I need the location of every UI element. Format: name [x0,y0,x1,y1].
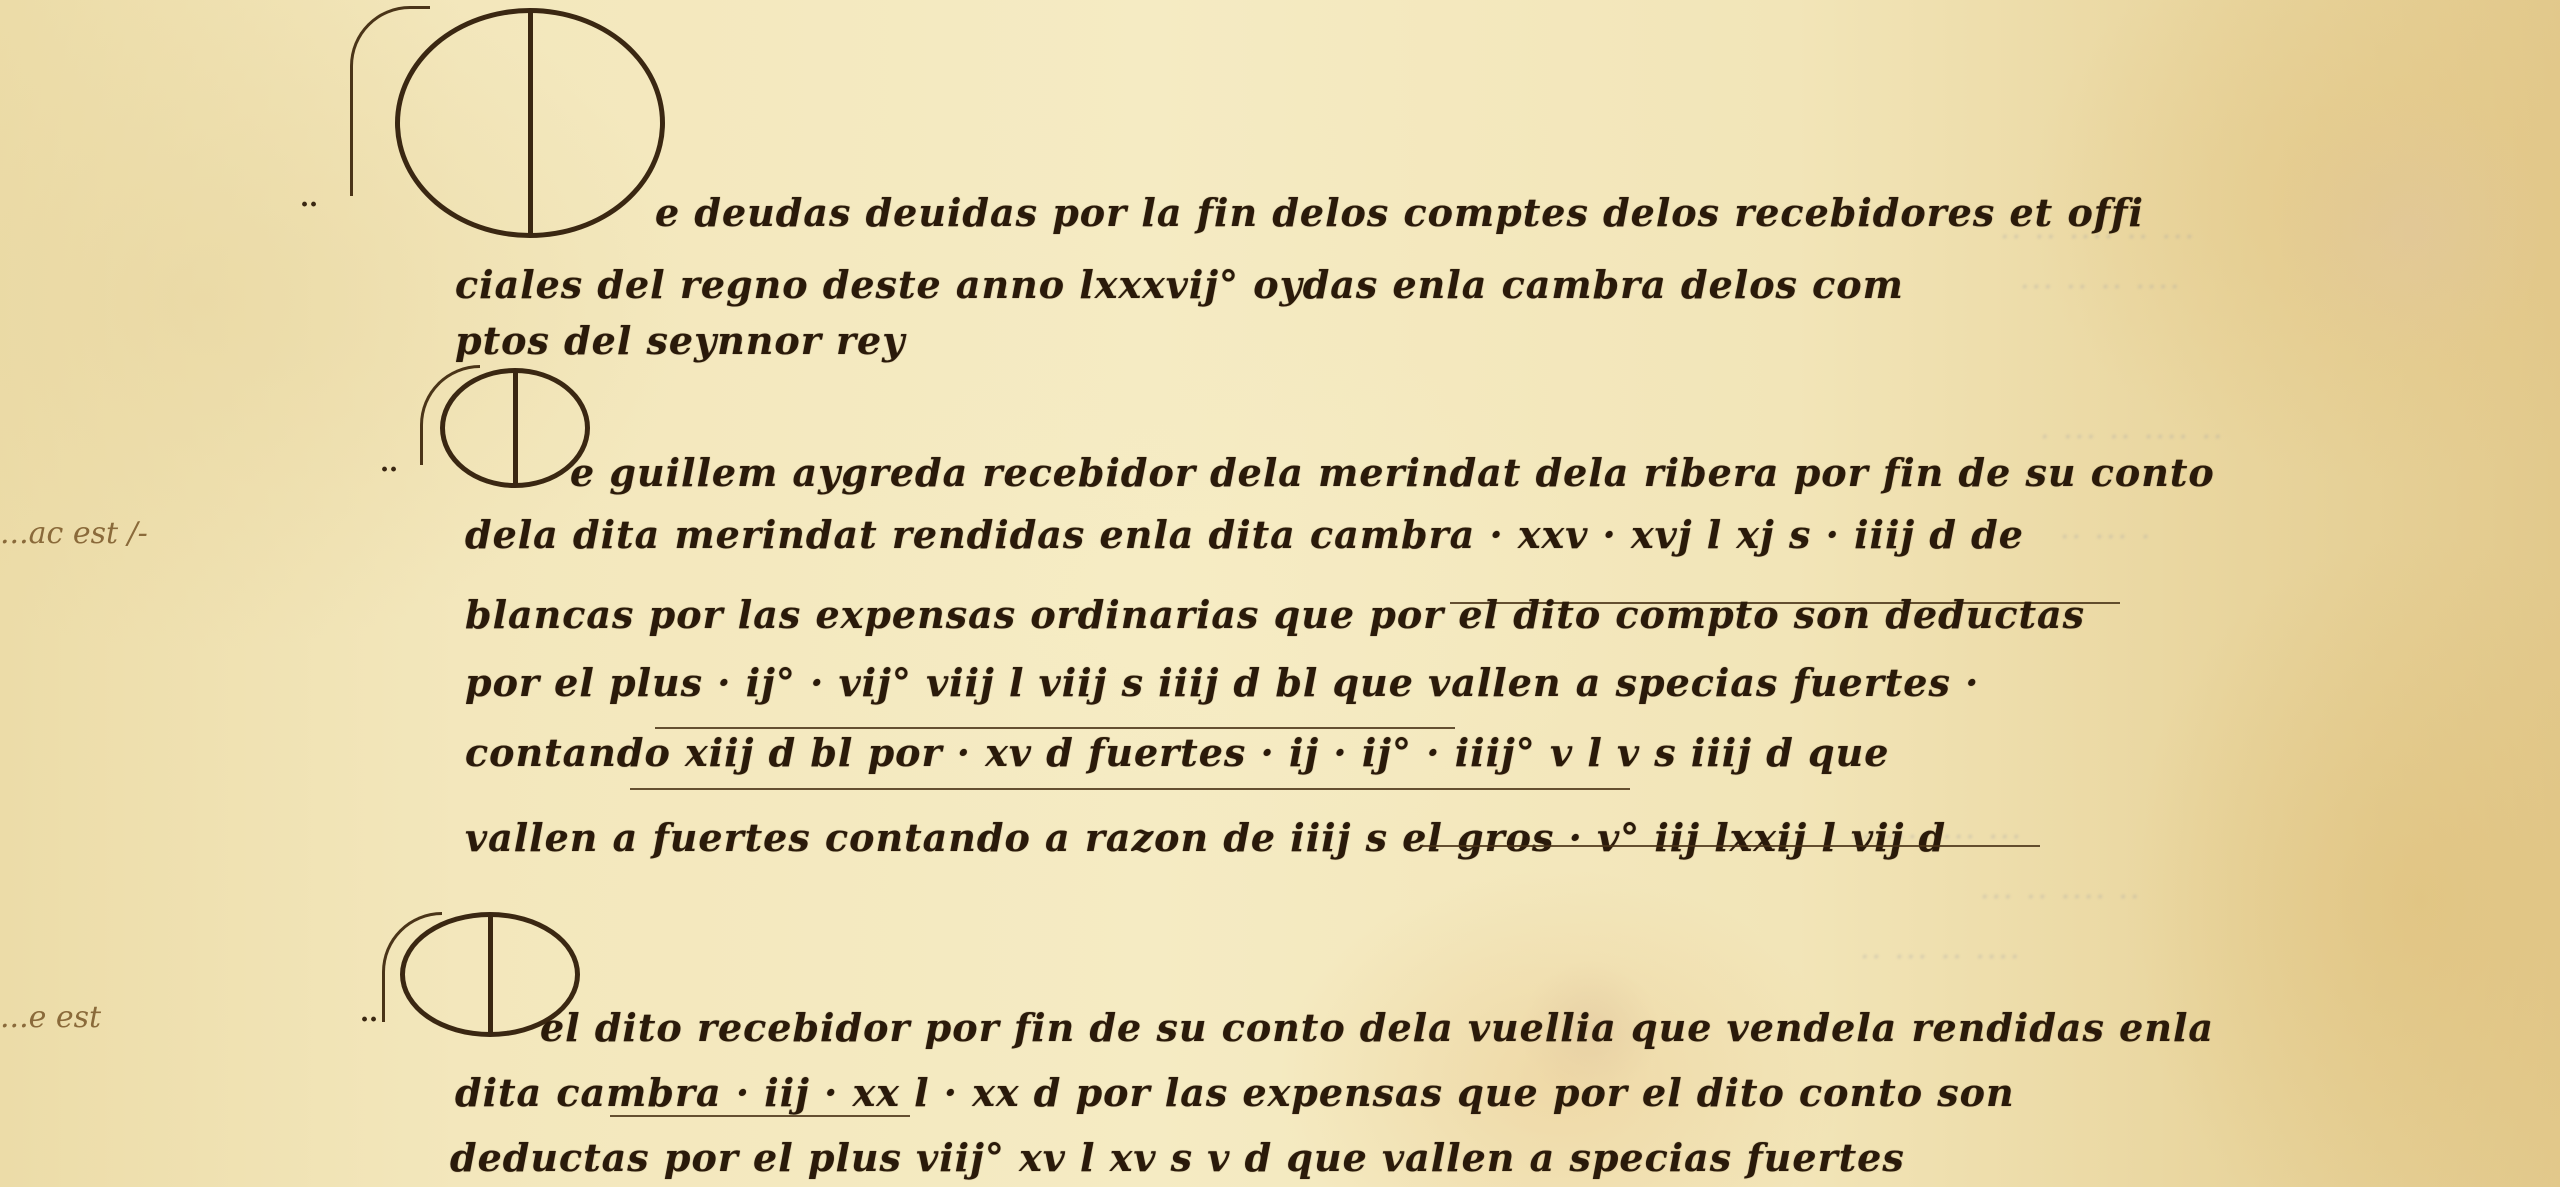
text-line: deductas por el plus viij° xv l xv s v d… [450,1135,1905,1180]
text-line: el dito recebidor por fin de su conto de… [540,1005,2214,1050]
text-line: contando xiij d bl por · xv d fuertes · … [465,730,1889,775]
sum-underline [1420,845,2040,847]
text-line: dela dita merindat rendidas enla dita ca… [465,512,2024,557]
sum-underline [655,727,1455,729]
bleed-through-text: ··· ·· ···· ·· [1980,880,2142,915]
text-line: por el plus · ij° · vij° viij l viij s i… [465,660,1979,705]
decorated-initial-d [440,368,590,488]
text-line: vallen a fuertes contando a razon de iii… [465,815,1946,860]
text-line: ptos del seynnor rey [455,318,905,363]
text-line: ciales del regno deste anno lxxxvij° oyd… [455,262,1904,307]
bleed-through-text: ·· ··· ·· ···· [1860,940,2022,975]
initial-dots: ·· [360,1005,378,1035]
sum-underline [630,788,1630,790]
text-line: blancas por las expensas ordinarias que … [465,592,2085,637]
bleed-through-text: ··· ·· ·· ···· [2020,270,2182,305]
text-line: dita cambra · iij · xx l · xx d por las … [455,1070,2015,1115]
bleed-through-text [260,210,388,245]
sum-underline [610,1115,910,1117]
initial-dots: ·· [300,190,318,220]
margin-note: ...e est [0,1000,101,1035]
bleed-through-text: ·· ··· · [2060,520,2152,555]
initial-dots: ·· [380,455,398,485]
margin-note: ...ac est /- [0,516,148,551]
text-line: e guillem aygreda recebidor dela merinda… [570,450,2215,495]
decorated-initial-d [395,8,665,238]
text-line: e deudas deuidas por la fin delos compte… [655,190,2144,235]
